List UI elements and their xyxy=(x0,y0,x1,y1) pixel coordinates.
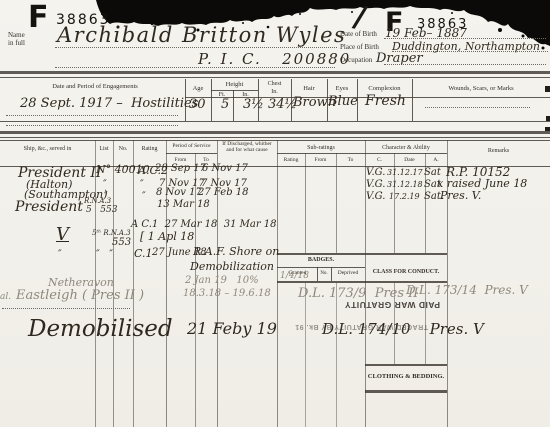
badges-deprived-label: Deprived xyxy=(331,270,365,276)
conduct-date-3: 17.2.19 xyxy=(389,193,420,201)
serial-stamp-left-prefix: F xyxy=(28,3,49,33)
edge-mark xyxy=(546,116,550,121)
grid-line xyxy=(211,79,212,121)
grid-line xyxy=(317,267,318,281)
col-header-height: Height xyxy=(211,81,258,88)
pencil-date-2: 18.3.18 – 19.6.18 xyxy=(183,289,271,299)
col-header-sub-from: From xyxy=(305,157,336,163)
ditto-5: ″ xyxy=(58,250,62,260)
service-record-document: F 38863 F 38863 Name in full Date of Bir… xyxy=(0,0,550,427)
badges-box-title: BADGES. xyxy=(277,257,365,264)
col-header-rating: Rating xyxy=(133,146,166,153)
col-header-chest: Chest xyxy=(258,81,291,88)
list-5: 5ᵗʰ R.N.A.3 xyxy=(92,230,131,237)
grid-line xyxy=(233,90,234,121)
demobilised: Demobilised xyxy=(28,318,173,341)
conduct-1: V.G. xyxy=(366,168,385,178)
pencil-prefix: al. xyxy=(0,293,11,302)
grid-line xyxy=(0,131,550,134)
name-label: Name xyxy=(8,31,25,39)
to-3: 27 Feb 18 xyxy=(198,188,249,198)
grid-line xyxy=(305,153,306,253)
col-header-list: List xyxy=(95,146,113,153)
grid-line xyxy=(336,153,337,253)
grid-line xyxy=(277,153,447,154)
conduct-class-1: D.L. 173/9 Pres II xyxy=(298,287,418,300)
col-header-no: No. xyxy=(113,146,133,153)
dotted-rule xyxy=(55,47,337,48)
edge-mark xyxy=(545,86,550,92)
discharge-note-2: Demobilization xyxy=(190,261,274,272)
conduct-date-2: 31.12.18 xyxy=(387,181,423,189)
grid-line xyxy=(0,71,550,74)
engagement-entry: 28 Sept. 1917 – Hostilities xyxy=(20,97,198,110)
grid-line xyxy=(305,283,306,427)
grid-line xyxy=(365,390,447,393)
from-3: 8 Nov 17 xyxy=(156,188,202,198)
final-rating: C.1 xyxy=(134,248,153,259)
grid-line xyxy=(412,79,413,121)
pencil-station-1: Netheravon xyxy=(48,277,114,288)
ship-entry-5: V xyxy=(56,226,69,244)
col-header-sub-rating: Rating xyxy=(277,157,305,163)
col-header-remarks: Remarks xyxy=(447,148,550,155)
no-4: 5 553 xyxy=(86,206,118,215)
col-header-discharged: If Discharged, whither and for what caus… xyxy=(219,141,275,154)
discharge-note-1: R.A.F. Shore on xyxy=(193,246,279,257)
col-header-age: Age xyxy=(185,85,211,92)
col-header-subratings: Sub-ratings xyxy=(277,145,365,152)
ditto-2: ″ xyxy=(140,180,144,190)
col-header-chest-in: In. xyxy=(258,89,291,96)
grid-line xyxy=(277,267,365,268)
clothing-bedding-title: CLOTHING & BEDDING. xyxy=(365,373,447,380)
no-5: 553 xyxy=(112,238,131,248)
name-label-2: in full xyxy=(8,39,25,47)
dotted-rule xyxy=(425,107,530,108)
col-header-hair: Hair xyxy=(291,85,327,92)
grid-line xyxy=(133,140,134,427)
list-4: R.N.A.3 xyxy=(84,198,111,205)
remarks-2: x raised June 18 xyxy=(437,178,527,189)
grid-line xyxy=(277,140,278,427)
to-1: 6 Nov 17 xyxy=(202,164,248,174)
ditto-6: ″ ″ xyxy=(96,250,113,260)
acting-rating: A C.1 27 Mar 18 31 Mar 18 xyxy=(131,220,277,230)
col-header-complexion: Complexion xyxy=(357,85,412,92)
pencil-date-1: 2 Jan 19 10% xyxy=(185,276,259,286)
from-1: 28 Sep 17 xyxy=(155,164,206,174)
grid-line xyxy=(166,153,217,154)
dotted-rule xyxy=(6,115,178,116)
grid-line xyxy=(0,77,550,79)
occupation-value: Draper xyxy=(376,52,423,65)
grid-line xyxy=(0,121,550,122)
badges-no-label: No. xyxy=(317,271,331,277)
grid-line xyxy=(277,253,447,255)
badges-scribble: 1/4/18 xyxy=(280,272,309,281)
col-header-eyes: Eyes xyxy=(327,85,357,92)
ditto-4: ″ xyxy=(142,192,146,202)
grid-line xyxy=(331,267,332,281)
acting-date: [ 1 Apl 18 xyxy=(140,231,194,242)
conduct-2: V.G. xyxy=(366,180,385,190)
grid-line xyxy=(336,283,337,427)
col-header-c: C. xyxy=(365,157,394,163)
conduct-3: V.G. xyxy=(366,192,385,202)
dotted-rule xyxy=(6,125,178,126)
remarks-3: Pres. V. xyxy=(440,190,481,201)
col-header-a: A. xyxy=(425,157,447,163)
grid-line xyxy=(0,140,550,141)
from-4: 13 Mar 18 xyxy=(157,200,210,210)
class-for-conduct-title: CLASS FOR CONDUCT. xyxy=(365,269,447,276)
grid-line xyxy=(211,90,258,91)
conduct-date-1: 31.12.17 xyxy=(387,169,423,177)
ship-entry-4: President xyxy=(15,200,83,214)
eyes-value: Blue xyxy=(328,95,358,108)
col-header-sub-to: To xyxy=(336,157,365,163)
col-header-engagements: Date and Period of Engagements xyxy=(10,83,180,90)
pic-number: P. I. C. 200880 xyxy=(198,52,351,67)
edge-mark xyxy=(545,127,550,131)
birth-date: 19 Feb– 1887 xyxy=(385,27,467,39)
demob-date: 21 Feby 19 xyxy=(187,321,277,337)
height-in-value: 3½ xyxy=(243,98,264,111)
col-header-period: Period of Service xyxy=(166,143,217,149)
name-full: Archibald Britton Wyles xyxy=(57,25,346,46)
grid-line xyxy=(365,364,447,366)
conduct-class-2: D.L. 173/14 Pres. V xyxy=(406,284,528,296)
dotted-rule xyxy=(2,308,130,309)
grid-line xyxy=(0,137,550,139)
col-header-ship: Ship, &c., served in xyxy=(0,146,95,153)
age-value: 30 xyxy=(189,98,206,111)
height-ft-value: 5 xyxy=(221,98,229,111)
traced-war-gratuity-stamp: TRACED WAR GRATUITY BY Bk. 91 xyxy=(295,323,428,330)
paid-war-gratuity-stamp: PAID WAR GRATUITY xyxy=(344,301,440,310)
col-header-wounds: Wounds, Scars, or Marks xyxy=(412,85,550,92)
col-header-date: Date xyxy=(394,157,425,163)
pencil-station-2: Eastleigh ( Pres II ) xyxy=(16,289,144,302)
col-header-character: Character & Ability xyxy=(365,145,447,152)
complexion-value: Fresh xyxy=(365,94,406,108)
